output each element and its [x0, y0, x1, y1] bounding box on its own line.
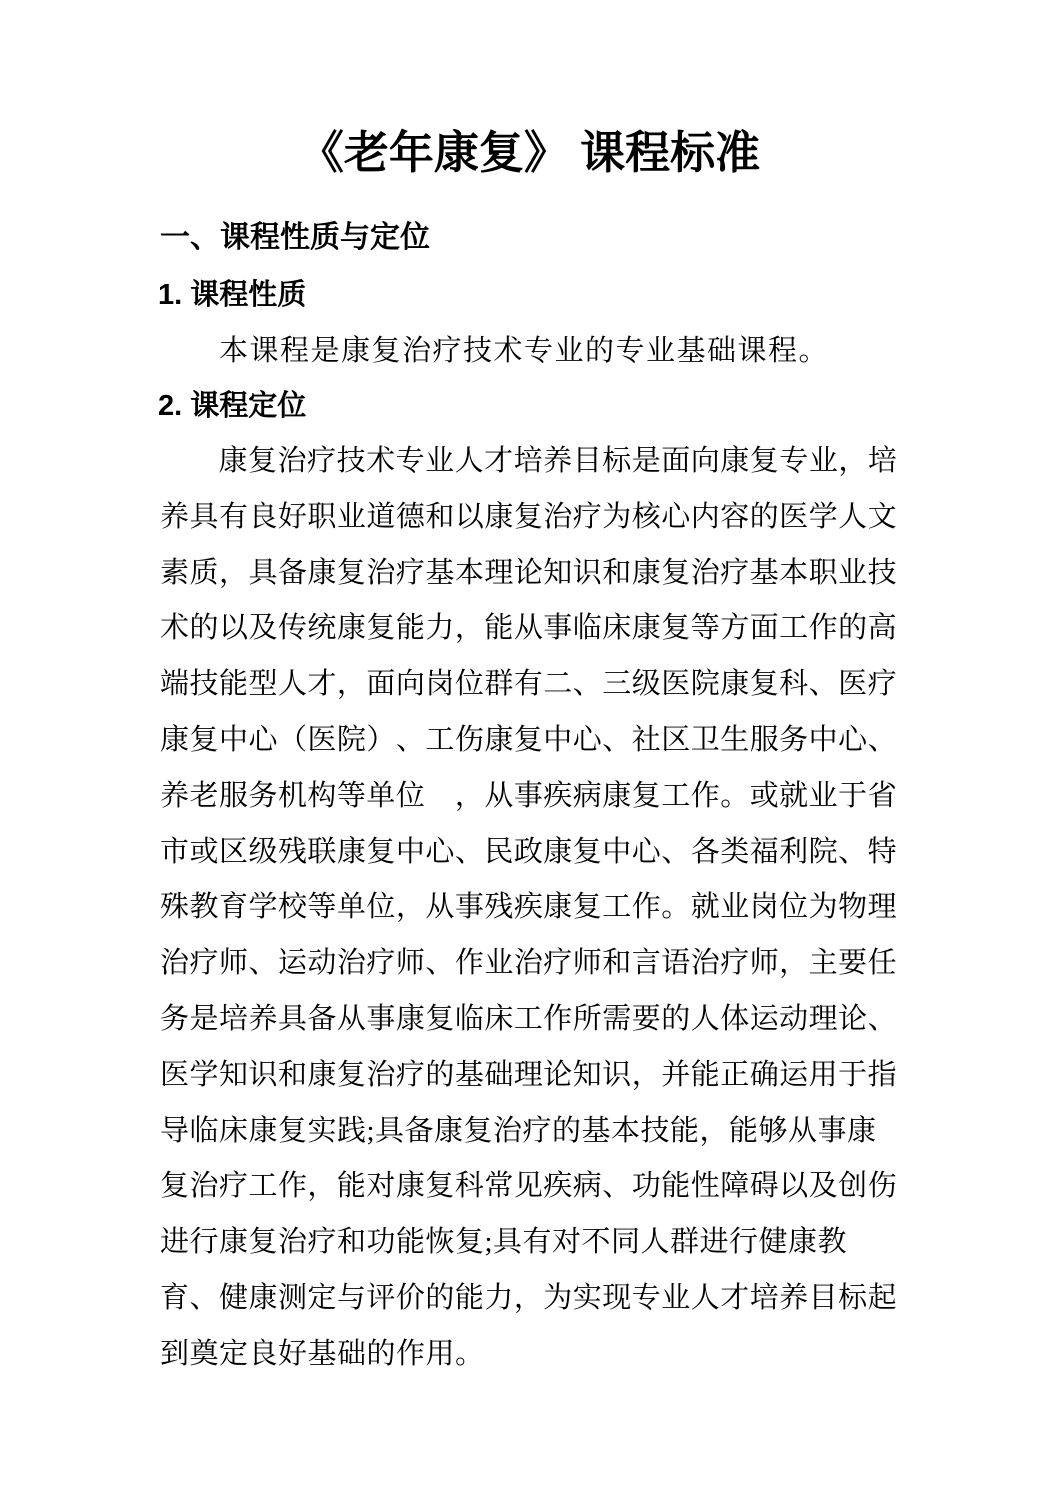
paragraph-line: 素质，具备康复治疗基本理论知识和康复治疗基本职业技: [160, 546, 897, 602]
paragraph-course-nature: 本课程是康复治疗技术专业的专业基础课程。: [160, 324, 900, 380]
paragraph-line: 务是培养具备从事康复临床工作所需要的人体运动理论、: [160, 992, 897, 1048]
document-title: 《老年康复》 课程标准: [0, 124, 1059, 182]
subsection-heading-course-nature: 1. 课程性质: [158, 277, 306, 313]
paragraph-line: 康复中心（医院）、工伤康复中心、社区卫生服务中心、: [160, 713, 897, 769]
paragraph-line: 养老服务机构等单位 ，从事疾病康复工作。或就业于省: [160, 769, 897, 825]
paragraph-line: 治疗师、运动治疗师、作业治疗师和言语治疗师，主要任: [160, 936, 897, 992]
paragraph-line: 导临床康复实践;具备康复治疗的基本技能，能够从事康: [160, 1104, 897, 1160]
paragraph-line: 医学知识和康复治疗的基础理论知识，并能正确运用于指: [160, 1048, 897, 1104]
paragraph-line: 养具有良好职业道德和以康复治疗为核心内容的医学人文: [160, 490, 897, 546]
paragraph-line: 市或区级残联康复中心、民政康复中心、各类福利院、特: [160, 825, 897, 881]
paragraph-line: 康复治疗技术专业人才培养目标是面向康复专业，培: [160, 434, 897, 490]
paragraph-line: 复治疗工作，能对康复科常见疾病、功能性障碍以及创伤: [160, 1159, 897, 1215]
paragraph-line: 端技能型人才，面向岗位群有二、三级医院康复科、医疗: [160, 657, 897, 713]
paragraph-line: 进行康复治疗和功能恢复;具有对不同人群进行健康教: [160, 1215, 897, 1271]
subsection-heading-course-position: 2. 课程定位: [158, 388, 306, 424]
paragraph-line: 育、健康测定与评价的能力，为实现专业人才培养目标起: [160, 1271, 897, 1327]
section-heading-course-nature-and-position: 一、课程性质与定位: [160, 220, 430, 256]
document-page: 《老年康复》 课程标准 一、课程性质与定位 1. 课程性质 本课程是康复治疗技术…: [0, 0, 1059, 1497]
paragraph-course-position: 康复治疗技术专业人才培养目标是面向康复专业，培 养具有良好职业道德和以康复治疗为…: [160, 434, 897, 1383]
paragraph-line: 殊教育学校等单位，从事残疾康复工作。就业岗位为物理: [160, 880, 897, 936]
paragraph-line: 术的以及传统康复能力，能从事临床康复等方面工作的高: [160, 601, 897, 657]
paragraph-line: 到奠定良好基础的作用。: [160, 1327, 897, 1383]
